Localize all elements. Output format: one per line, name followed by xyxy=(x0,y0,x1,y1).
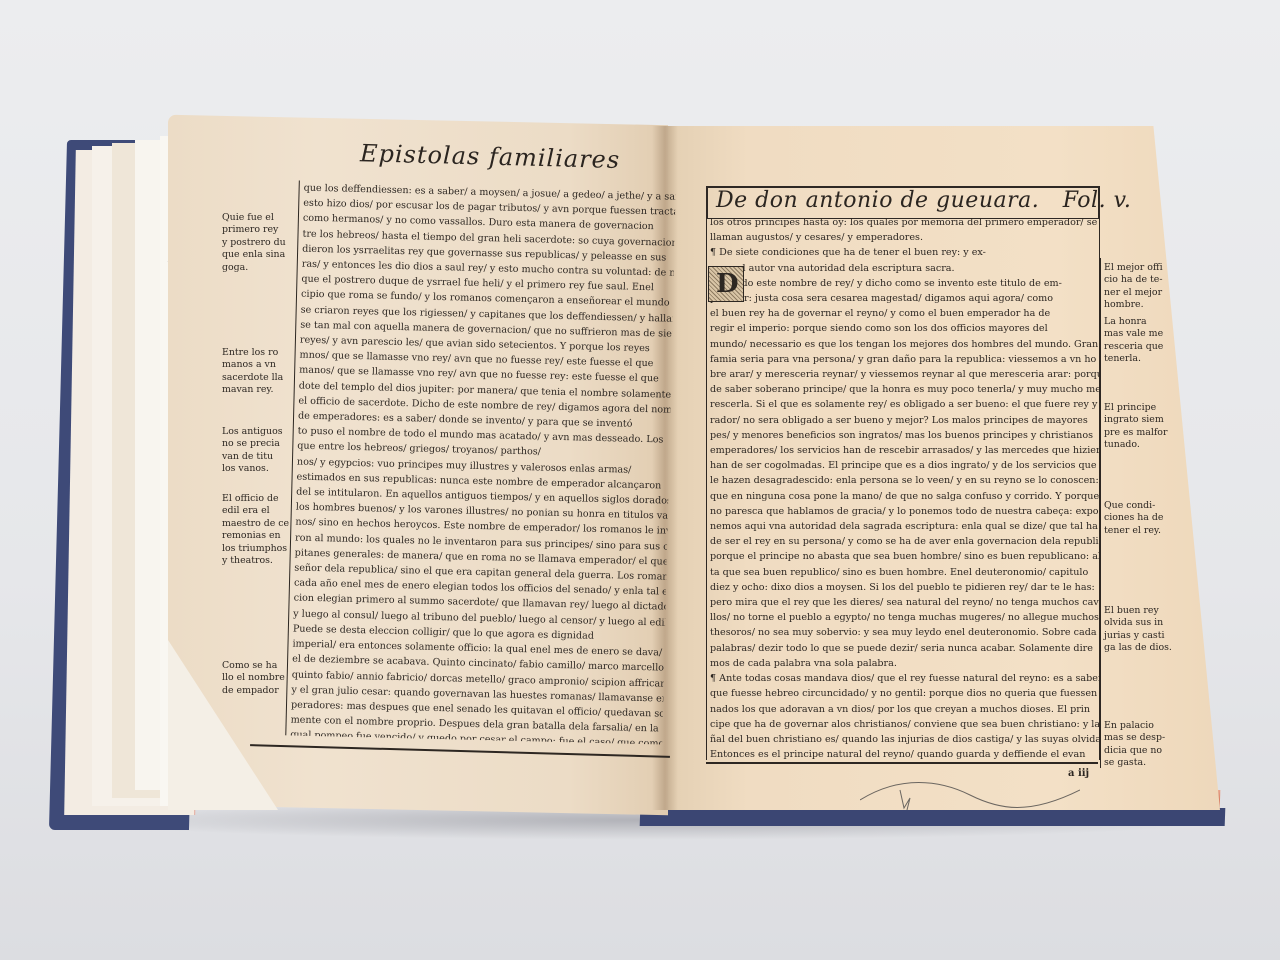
folio-number: Fol. v. xyxy=(1063,188,1132,213)
margin-rule xyxy=(1100,258,1101,768)
text-line: nados los que adoravan a vn dios/ por lo… xyxy=(710,702,1096,717)
right-page-text: los otros principes hasta oy: los quales… xyxy=(706,215,1100,760)
text-line: de ser el rey en su persona/ y como se h… xyxy=(710,534,1096,549)
text-line: nemos aqui vna autoridad dela sagrada es… xyxy=(710,519,1096,534)
margin-note: Entre los romanos a vnsacerdote llamavan… xyxy=(222,347,292,397)
text-line: llaman augustos/ y cesares/ y emperadore… xyxy=(710,230,1096,245)
text-line: han de ser cogolmadas. El principe que e… xyxy=(710,458,1096,473)
text-line: thesoros/ no sea muy sobervio: y sea muy… xyxy=(710,625,1096,640)
text-line: le hazen desagradescido: enla persona se… xyxy=(710,473,1096,488)
text-line: pone el autor vna autoridad dela escript… xyxy=(710,261,1096,276)
text-line: perador: justa cosa sera cesarea magesta… xyxy=(710,291,1096,306)
text-line: diez y ocho: dixo dios a moysen. Si los … xyxy=(710,580,1096,595)
text-line: rador/ no sera obligado a ser bueno y me… xyxy=(710,413,1096,428)
text-line: el buen rey ha de governar el reyno/ y c… xyxy=(710,306,1096,321)
margin-note: Los antiguosno se preciavan de titulos v… xyxy=(222,426,292,476)
margin-note: El mejor officio ha de te-ner el mejorho… xyxy=(1104,262,1194,312)
text-line: que en ninguna cosa pone la mano/ de que… xyxy=(710,489,1096,504)
text-line: pero mira que el rey que les dieres/ sea… xyxy=(710,595,1096,610)
photo-scene: Del 8 Epistolas familiares que los deffe… xyxy=(0,0,1280,960)
text-line: emperadores/ los servicios han de resceb… xyxy=(710,443,1096,458)
text-line: porque el principe no abasta que sea bue… xyxy=(710,549,1096,564)
text-line: los otros principes hasta oy: los quales… xyxy=(710,215,1096,230)
text-line: ñal del buen christiano es/ quando las i… xyxy=(710,732,1096,747)
text-frame-rule xyxy=(706,762,1098,764)
text-line: que fuesse hebreo circuncidado/ y no gen… xyxy=(710,686,1096,701)
running-head-title: De don antonio de gueuara. xyxy=(716,188,1039,213)
text-line: mos de cada palabra vna sola palabra. xyxy=(710,656,1096,671)
left-page-text: que los deffendiessen: es a saber/ a moy… xyxy=(285,180,675,744)
text-line: ¶ De siete condiciones que ha de tener e… xyxy=(710,245,1096,260)
margin-note: Quie fue elprimero reyy postrero duque e… xyxy=(222,212,292,274)
text-line: pes/ y menores beneficios son ingratos/ … xyxy=(710,428,1096,443)
pencil-scribble xyxy=(860,770,1080,820)
text-line: ¶ Ante todas cosas mandava dios/ que el … xyxy=(710,671,1096,686)
text-line: rescerla. Si el que es solamente rey/ es… xyxy=(710,397,1096,412)
text-line: bre arar/ y meresceria reynar/ y viessem… xyxy=(710,367,1096,382)
margin-note: Como se hallo el nombrede empador xyxy=(222,660,292,697)
text-line: Eclarado este nombre de rey/ y dicho com… xyxy=(710,276,1096,291)
margin-note: En palaciomas se desp-dicia que nose gas… xyxy=(1104,720,1194,770)
decorated-initial: D xyxy=(708,266,744,302)
margin-note: El principeingrato siempre es malfortuna… xyxy=(1104,402,1194,452)
margin-note: Que condi-ciones ha detener el rey. xyxy=(1104,500,1194,537)
text-line: mundo/ necessario es que los tengan los … xyxy=(710,337,1096,352)
text-line: cipe que ha de governar alos christianos… xyxy=(710,717,1096,732)
text-line: palabras/ dezir todo lo que se puede dez… xyxy=(710,641,1096,656)
text-line: no paresca que hablamos de gracia/ y lo … xyxy=(710,504,1096,519)
margin-note: La honramas vale meresceria quetenerla. xyxy=(1104,316,1194,366)
text-line: Entonces es el principe natural del reyn… xyxy=(710,747,1096,760)
text-line: famia seria para vna persona/ y gran dañ… xyxy=(710,352,1096,367)
text-line: ta que sea buen republico/ sino es buen … xyxy=(710,565,1096,580)
right-running-head: De don antonio de gueuara. Fol. v. xyxy=(716,188,1131,213)
text-line: llos/ no torne el pueblo a egypto/ no te… xyxy=(710,610,1096,625)
text-line: regir el imperio: porque siendo como son… xyxy=(710,321,1096,336)
text-line: de saber soberano principe/ que la honra… xyxy=(710,382,1096,397)
margin-note: El officio deedil era elmaestro de cerem… xyxy=(222,493,292,567)
margin-note: El buen reyolvida sus injurias y castiga… xyxy=(1104,605,1194,655)
